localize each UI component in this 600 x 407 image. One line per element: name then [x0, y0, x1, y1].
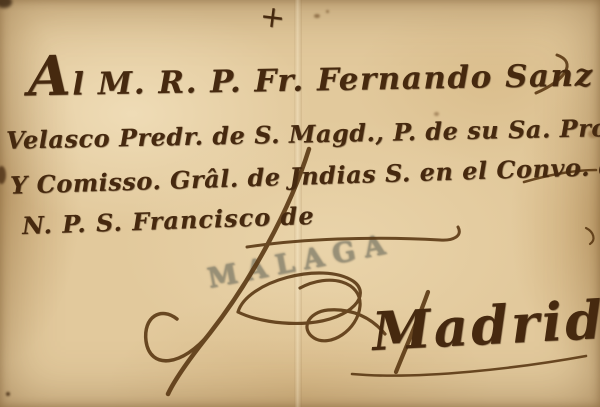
ink-spot	[326, 10, 329, 13]
address-line: Y Comisso. Grâl. de Jndias S. en el Conv…	[10, 151, 600, 200]
edge-stain	[0, 166, 6, 184]
corner-stain	[0, 0, 12, 8]
rate-mark-loop	[146, 313, 210, 360]
address-line: N. P. S. Francisco de	[22, 201, 315, 240]
letter-scan: + Al M. R. P. Fr. Fernando Sanz de Velas…	[0, 0, 600, 407]
destination-text: Madrid	[371, 289, 600, 363]
right-edge-curl	[586, 228, 593, 244]
ink-spot	[434, 112, 439, 116]
cross-mark: +	[258, 0, 287, 36]
address-line: Velasco Predr. de S. Magd., P. de su Sa.…	[6, 112, 600, 154]
ink-spot	[6, 392, 10, 396]
ink-spot	[314, 14, 320, 18]
address-line: Al M. R. P. Fr. Fernando Sanz de	[28, 47, 600, 104]
